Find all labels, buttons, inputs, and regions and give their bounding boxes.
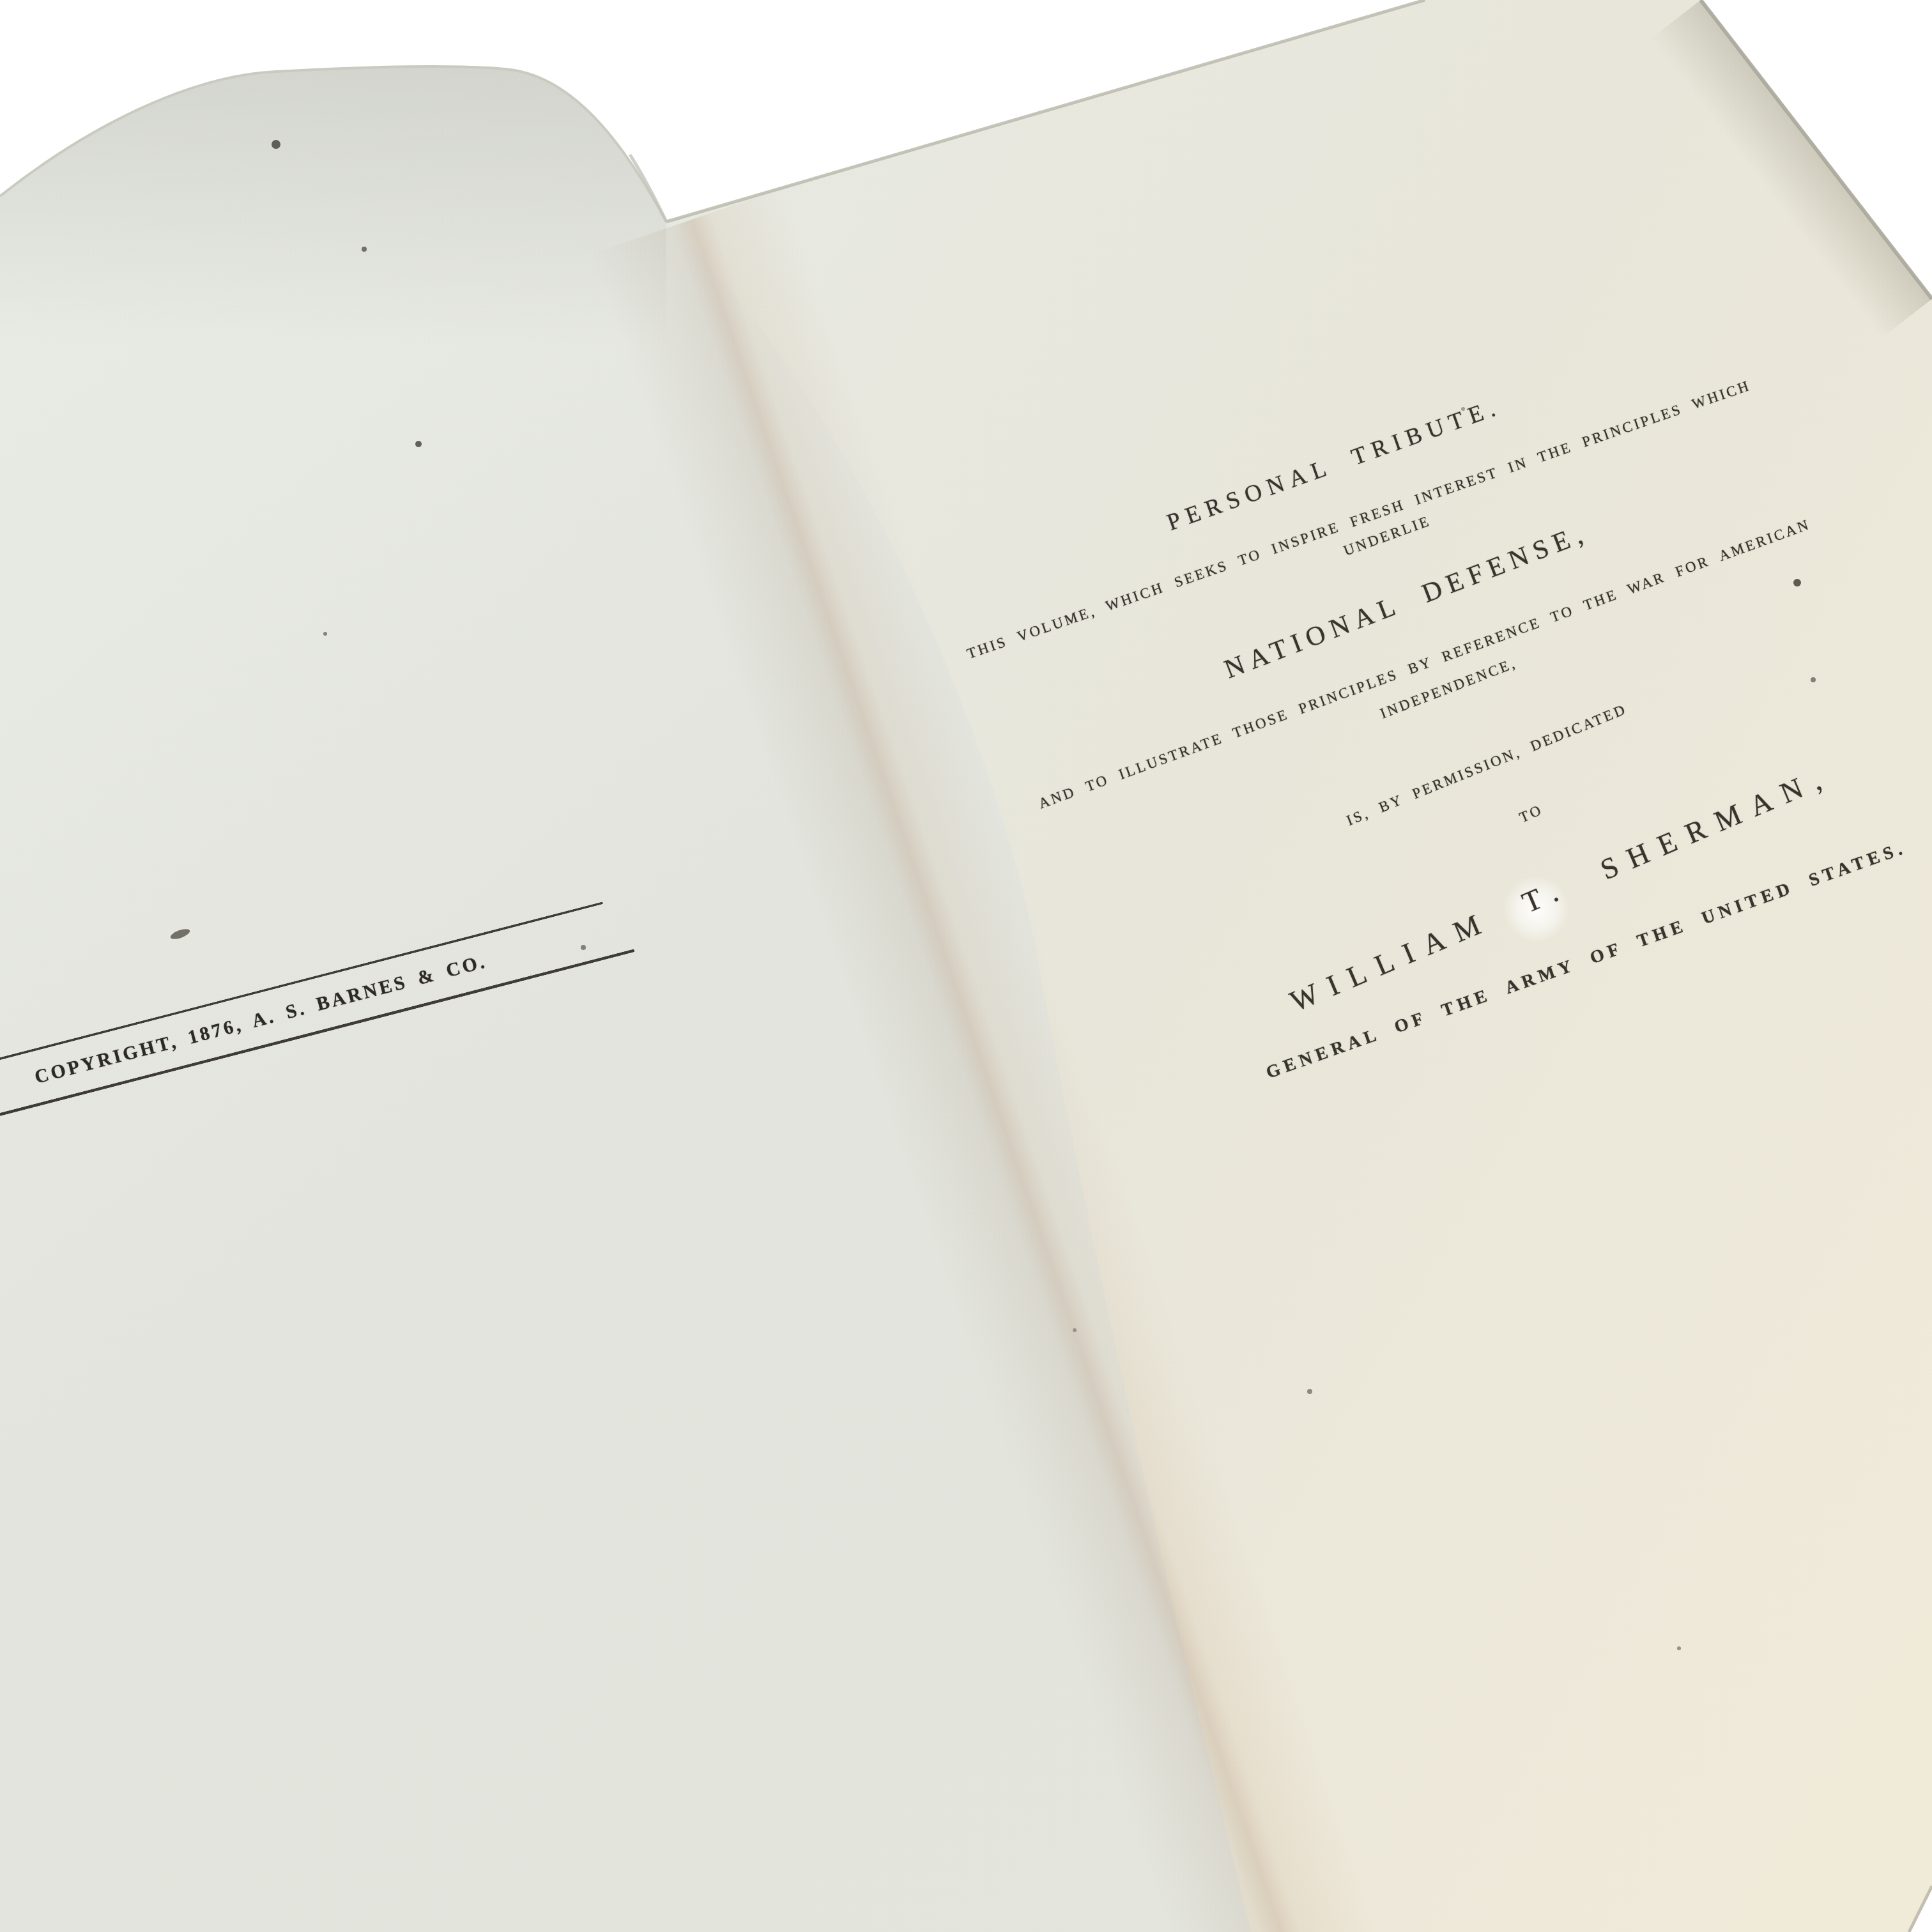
book-photo: COPYRIGHT, 1876, A. S. BARNES & CO. PERS…	[0, 0, 1932, 1932]
dedication-line-to: TO	[1517, 802, 1545, 825]
dedication-line-illustrate: AND TO ILLUSTRATE THOSE PRINCIPLES BY RE…	[1037, 517, 1813, 811]
dedication-line-permission: IS, BY PERMISSION, DEDICATED	[1345, 701, 1629, 828]
